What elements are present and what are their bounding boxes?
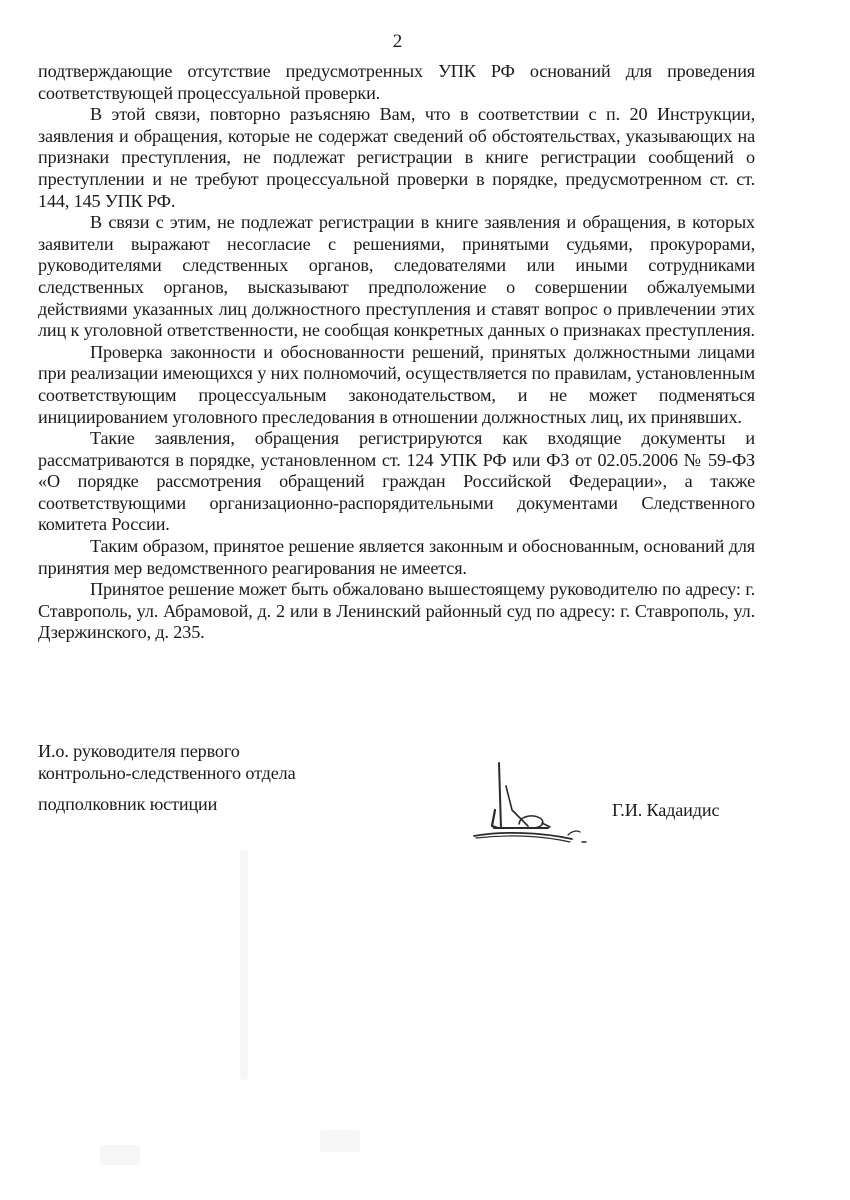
signatory-position: И.о. руководителя первого контрольно-сле…	[38, 741, 296, 784]
page-number: 2	[0, 31, 795, 53]
signatory-name: Г.И. Кадаидис	[612, 800, 719, 821]
paragraph-appeal-info: Принятое решение может быть обжаловано в…	[38, 579, 755, 644]
document-page: 2 подтверждающие отсутствие предусмотрен…	[0, 0, 850, 1200]
scan-bleed-mark	[240, 850, 248, 1080]
paragraph-conclusion: Таким образом, принятое решение является…	[38, 536, 755, 579]
paragraph-legality-check: Проверка законности и обоснованности реш…	[38, 342, 755, 428]
signatory-position-line2: контрольно-следственного отдела	[38, 763, 296, 785]
paragraph-clarification-instruction: В этой связи, повторно разъясняю Вам, чт…	[38, 104, 755, 212]
paragraph-not-subject-to-registration: В связи с этим, не подлежат регистрации …	[38, 212, 755, 342]
handwritten-signature-icon	[470, 748, 600, 848]
signatory-position-line1: И.о. руководителя первого	[38, 741, 296, 763]
letter-body: подтверждающие отсутствие предусмотренны…	[38, 61, 755, 644]
scan-bleed-mark	[100, 1145, 140, 1165]
signatory-rank: подполковник юстиции	[38, 794, 217, 815]
paragraph-registration-procedure: Такие заявления, обращения регистрируютс…	[38, 428, 755, 536]
paragraph-continuation: подтверждающие отсутствие предусмотренны…	[38, 61, 755, 104]
scan-bleed-mark	[320, 1130, 360, 1152]
